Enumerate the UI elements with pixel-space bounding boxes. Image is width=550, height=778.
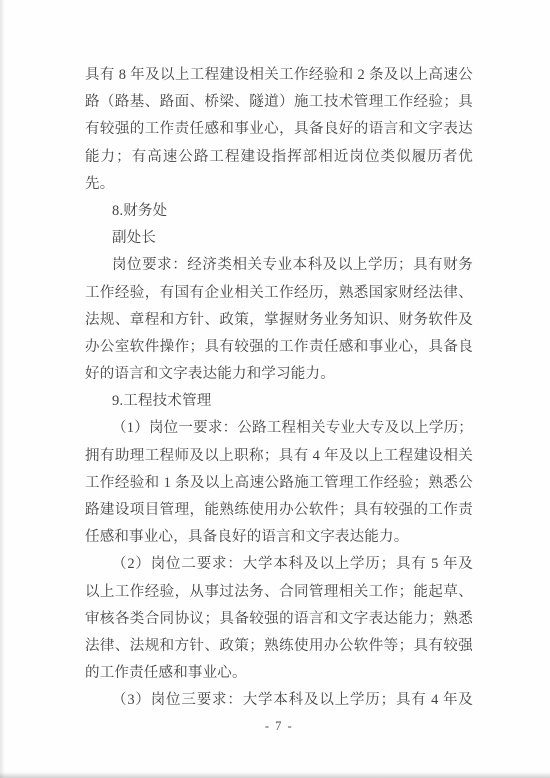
document-line: 有较强的工作责任感和事业心，具备良好的语言和文字表达 bbox=[85, 116, 473, 143]
document-line: 路建设项目管理，能熟练使用办公软件；具有较强的工作责 bbox=[85, 497, 473, 524]
document-line: 好的语言和文字表达能力和学习能力。 bbox=[85, 361, 473, 388]
document-line: （3）岗位三要求：大学本科及以上学历；具有 4 年及 bbox=[85, 687, 473, 714]
document-line: 岗位要求：经济类相关专业本科及以上学历；具有财务 bbox=[85, 252, 473, 279]
document-line: 先。 bbox=[85, 171, 473, 198]
document-line: 能力；有高速公路工程建设指挥部相近岗位类似履历者优 bbox=[85, 144, 473, 171]
document-line: 8.财务处 bbox=[85, 198, 473, 225]
document-line: 副处长 bbox=[85, 225, 473, 252]
document-line: 法规、章程和方针、政策，掌握财务业务知识、财务软件及 bbox=[85, 307, 473, 334]
page-number: - 7 - bbox=[85, 719, 473, 734]
document-line: （1）岗位一要求：公路工程相关专业大专及以上学历； bbox=[85, 415, 473, 442]
document-line: 办公室软件操作；具有较强的工作责任感和事业心，具备良 bbox=[85, 334, 473, 361]
document-line: 的工作责任感和事业心。 bbox=[85, 660, 473, 687]
document-line: 以上工作经验，从事过法务、合同管理相关工作；能起草、 bbox=[85, 579, 473, 606]
scan-shadow-left bbox=[0, 0, 5, 778]
scanned-document-page: 具有 8 年及以上工程建设相关工作经验和 2 条及以上高速公路（路基、路面、桥梁… bbox=[0, 0, 550, 778]
document-line: 工作经验，有国有企业相关工作经历，熟悉国家财经法律、 bbox=[85, 280, 473, 307]
document-line: 路（路基、路面、桥梁、隧道）施工技术管理工作经验；具 bbox=[85, 89, 473, 116]
document-line: 拥有助理工程师及以上职称；具有 4 年及以上工程建设相关 bbox=[85, 443, 473, 470]
scan-shadow-bottom bbox=[0, 772, 550, 778]
document-body: 具有 8 年及以上工程建设相关工作经验和 2 条及以上高速公路（路基、路面、桥梁… bbox=[85, 62, 473, 715]
document-line: 9.工程技术管理 bbox=[85, 388, 473, 415]
document-line: （2）岗位二要求：大学本科及以上学历；具有 5 年及 bbox=[85, 551, 473, 578]
document-line: 任感和事业心，具备良好的语言和文字表达能力。 bbox=[85, 524, 473, 551]
document-line: 法律、法规和方针、政策；熟练使用办公软件等；具有较强 bbox=[85, 633, 473, 660]
document-line: 审核各类合同协议；具备较强的语言和文字表达能力；熟悉 bbox=[85, 606, 473, 633]
document-line: 具有 8 年及以上工程建设相关工作经验和 2 条及以上高速公 bbox=[85, 62, 473, 89]
document-line: 工作经验和 1 条及以上高速公路施工管理工作经验；熟悉公 bbox=[85, 470, 473, 497]
